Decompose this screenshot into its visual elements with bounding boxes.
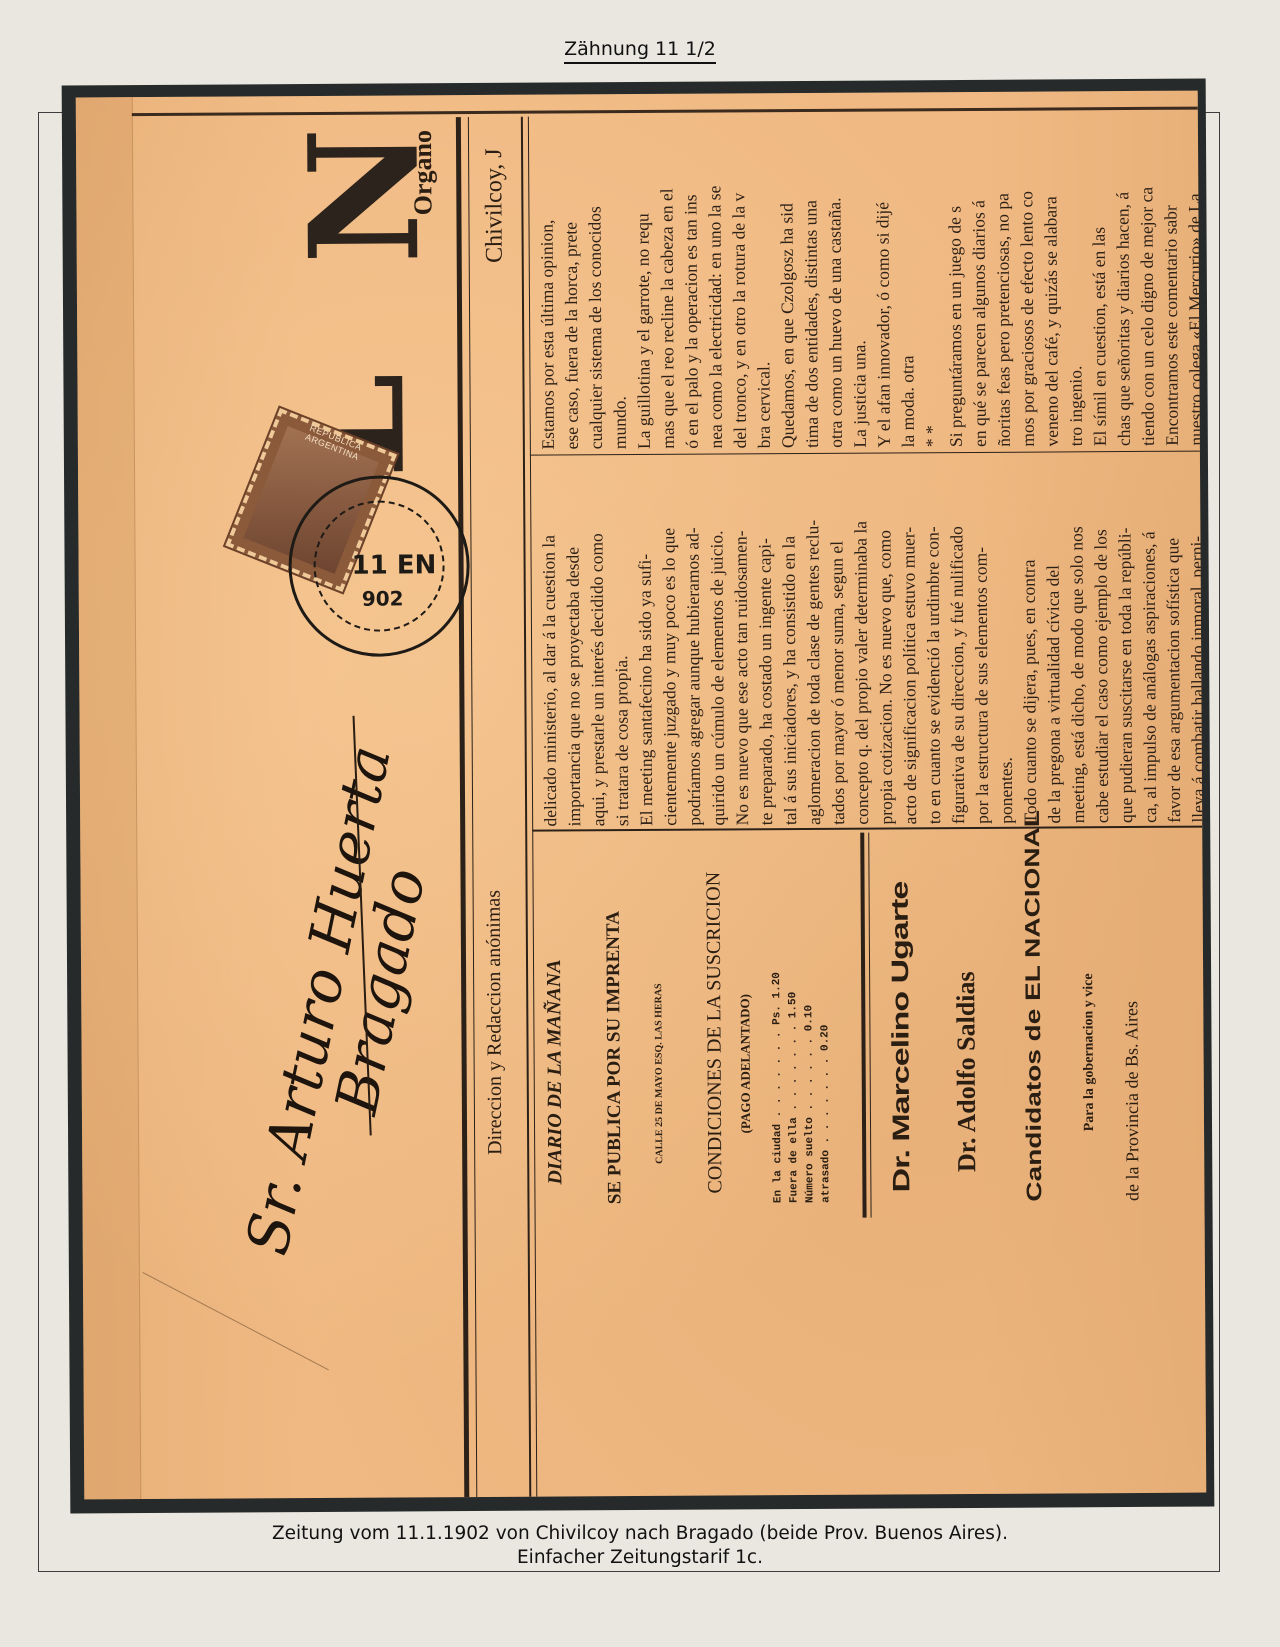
article-line: tal á sus iniciadores, y ha consistido e… <box>776 520 802 825</box>
masthead-letter-n: N <box>296 126 387 267</box>
direccion-text: Direccion y Redaccion anónimas <box>483 890 508 1155</box>
article-line: delicado ministerio, al dar á la cuestio… <box>536 521 562 826</box>
article-line: Quedamos, en que Czolgosz ha sid <box>774 185 800 448</box>
article-line: * * <box>918 184 944 447</box>
place-date: Chivilcoy, J <box>481 148 509 263</box>
price-row: Fuera de ella . . . . . . . 1.50 <box>787 992 800 1203</box>
article-line: El símil en cuestion, está en las <box>1086 183 1112 446</box>
imprenta-text: SE PUBLICA POR SU IMPRENTA <box>603 911 627 1204</box>
article-line: meeting, está dicho, de modo que solo no… <box>1064 518 1090 823</box>
postmark: 11 EN 902 <box>288 475 470 657</box>
article-line: ñoritas feas pero pretenciosas, no pa <box>990 184 1016 447</box>
article-line: podríamos agregar aunque hubieramos ad- <box>680 520 706 825</box>
article-line: tro ingenio. <box>1062 183 1088 446</box>
rule-thick <box>456 117 469 1497</box>
article-line: si tratara de cosa propia. <box>608 521 634 826</box>
article-line: otra como un huevo de una castaña. <box>822 185 848 448</box>
page-title: Zähnung 11 1/2 <box>0 38 1280 60</box>
article-line: mundo. <box>606 186 632 449</box>
article-line: la moda. otra <box>894 184 920 447</box>
article-line: de la pregona a virtualidad cívica del <box>1040 518 1066 823</box>
article-line: Todo cuanto se dijera, pues, en contra <box>1016 518 1042 823</box>
article-line: No es nuevo que ese acto tan ruidosamen- <box>728 520 754 825</box>
postmark-year: 902 <box>362 586 404 610</box>
article-line: favor de esa argumentacion sofística que <box>1160 518 1186 823</box>
condiciones-text: CONDICIONES DE LA SUSCRICION <box>702 872 727 1194</box>
article-line: en qué se parecen algunos diarios á <box>966 184 992 447</box>
article-line: La justicia una. <box>846 185 872 448</box>
article-line: nea como la electricidad: en uno la se <box>702 186 728 449</box>
article-line: por la estructura de sus elementos com- <box>968 519 994 824</box>
article-line: que pudieran suscitarse en toda la repúb… <box>1112 518 1138 823</box>
price-row: atrasado . . . . . . . 0.20 <box>819 1025 832 1203</box>
article-bottom-column: delicado ministerio, al dar á la cuestio… <box>536 517 1206 827</box>
article-line: acto de significacion política estuvo mu… <box>896 519 922 824</box>
article-line: cualquier sistema de los conocidos <box>582 186 608 449</box>
rule-candidates-thin <box>868 833 871 1218</box>
price-row: Número suelto . . . . . . 0.10 <box>803 1005 816 1203</box>
article-line: figurativa de su direccion, y fué nulifi… <box>944 519 970 824</box>
pago-text: (PAGO ADELANTADO) <box>737 994 754 1133</box>
paper-crease <box>142 1272 328 1370</box>
article-top-column: Estamos por esta última opinion,ese caso… <box>534 182 1206 449</box>
candidate-ugarte: Dr. Marcelino Ugarte <box>887 882 916 1193</box>
article-line: mos por graciosos de efecto lento co <box>1014 184 1040 447</box>
price-row: En la ciudad . . . . . . . Ps. 1.20 <box>771 972 784 1203</box>
provincia-text: de la Provincia de Bs. Aires <box>1121 1001 1143 1201</box>
article-line: aqui, y prestarle un interés decidido co… <box>584 521 610 826</box>
article-line: Encontramos este comentario sabr <box>1158 183 1184 446</box>
diario-de-la-manana: DIARIO DE LA MAÑANA <box>543 959 567 1184</box>
article-line: bra cervical. <box>750 185 776 448</box>
article-line: ca, al impulso de análogas aspiraciones,… <box>1136 518 1162 823</box>
column-divider-top <box>530 451 1200 456</box>
address-text: CALLE 25 DE MAYO ESQ. LAS HERAS <box>653 983 665 1164</box>
article-line: ó en el palo y la operacion es tan ins <box>678 186 704 449</box>
postmark-date: 11 EN <box>352 550 437 581</box>
article-line: La guillotina y el garrote, no requ <box>630 186 656 449</box>
article-line: to en cuanto se evidenció la urdimbre co… <box>920 519 946 824</box>
caption: Zeitung vom 11.1.1902 von Chivilcoy nach… <box>0 1522 1280 1570</box>
article-line: cabe estudiar el caso como ejemplo de lo… <box>1088 518 1114 823</box>
article-line: Y el afan innovador, ó como si dijé <box>870 185 896 448</box>
article-line: ponentes. <box>992 519 1018 824</box>
article-line: Si preguntáramos en un juego de s <box>942 184 968 447</box>
article-line: ese caso, fuera de la horca, prete <box>558 186 584 449</box>
article-line: tima de dos entidades, distintas una <box>798 185 824 448</box>
article-line: Estamos por esta última opinion, <box>534 187 560 450</box>
article-line: concepto q. del propio valer determinaba… <box>848 519 874 824</box>
top-border-line <box>132 107 1198 117</box>
article-line: tiendo con un celo digno de mejor ca <box>1134 183 1160 446</box>
article-line: importancia que no se proyectaba desde <box>560 521 586 826</box>
page-title-text: Zähnung 11 1/2 <box>564 38 716 64</box>
caption-line-2: Einfacher Zeitungstarif 1c. <box>0 1546 1280 1570</box>
article-line: aglomeracion de toda clase de gentes rec… <box>800 520 826 825</box>
rule-thin <box>468 117 477 1497</box>
newspaper-wrapper: N L Organo Chivilcoy, J Direccion y Reda… <box>76 91 1207 1500</box>
article-line: cientemente juzgado y muy poco es lo que <box>656 521 682 826</box>
organo-label: Organo <box>408 130 439 215</box>
column-divider <box>532 826 1202 832</box>
article-line: quirido un cúmulo de elementos de juicio… <box>704 520 730 825</box>
article-line: chas que señoritas y diarios hacen, á <box>1110 183 1136 446</box>
fold-strip <box>76 97 142 1499</box>
para-text: Para la gobernacion y vice <box>1081 973 1098 1131</box>
rule-candidates <box>860 833 866 1218</box>
candidatos-text: Candidatos de EL NACIONAL <box>1020 810 1046 1202</box>
article-line: propia cotizacion. No es nuevo que, como <box>872 519 898 824</box>
candidate-saldias: Dr. Adolfo Saldias <box>951 971 982 1172</box>
article-line: del tronco, y en otro la rotura de la v <box>726 185 752 448</box>
article-line: El meeting santafecino ha sido ya sufi- <box>632 521 658 826</box>
article-line: te preparado, ha costado un ingente capi… <box>752 520 778 825</box>
article-line: mas que el reo recline la cabeza en el <box>654 186 680 449</box>
caption-line-1: Zeitung vom 11.1.1902 von Chivilcoy nach… <box>0 1522 1280 1546</box>
article-line: veneno del café, y quizás se alabara <box>1038 184 1064 447</box>
article-line: tados por mayor ó menor suma, segun el <box>824 520 850 825</box>
